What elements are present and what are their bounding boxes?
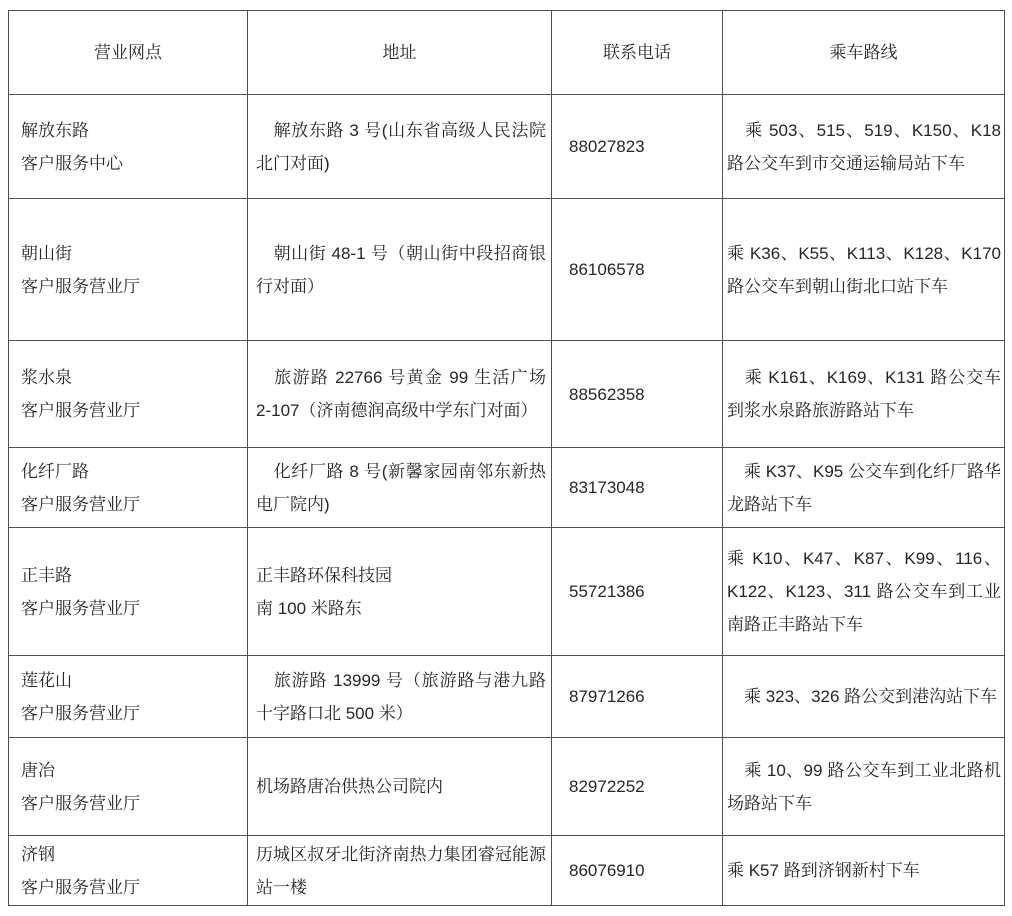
route-cell: 乘 K10、K47、K87、K99、116、K122、K123、311 路公交车… bbox=[723, 528, 1005, 656]
col-header-address: 地址 bbox=[248, 11, 552, 95]
outlet-name: 化纤厂路 bbox=[21, 455, 243, 488]
outlet-type: 客户服务营业厅 bbox=[21, 871, 243, 904]
service-outlets-table: 营业网点 地址 联系电话 乘车路线 解放东路 客户服务中心 解放东路 3 号(山… bbox=[8, 10, 1005, 906]
outlet-type: 客户服务营业厅 bbox=[21, 592, 243, 625]
outlet-cell: 莲花山 客户服务营业厅 bbox=[9, 656, 248, 738]
phone-cell: 88027823 bbox=[552, 95, 723, 199]
outlet-name: 莲花山 bbox=[21, 664, 243, 697]
outlet-type: 客户服务营业厅 bbox=[21, 787, 243, 820]
table-row: 莲花山 客户服务营业厅 旅游路 13999 号（旅游路与港九路十字路口北 500… bbox=[9, 656, 1005, 738]
phone-cell: 55721386 bbox=[552, 528, 723, 656]
route-cell: 乘 323、326 路公交到港沟站下车 bbox=[723, 656, 1005, 738]
route-cell: 乘 K161、K169、K131 路公交车到浆水泉路旅游路站下车 bbox=[723, 341, 1005, 448]
phone-cell: 82972252 bbox=[552, 738, 723, 836]
address-cell: 解放东路 3 号(山东省高级人民法院北门对面) bbox=[248, 95, 552, 199]
route-cell: 乘 10、99 路公交车到工业北路机场路站下车 bbox=[723, 738, 1005, 836]
outlet-name: 朝山街 bbox=[21, 237, 243, 270]
outlet-name: 正丰路 bbox=[21, 559, 243, 592]
route-cell: 乘 503、515、519、K150、K18 路公交车到市交通运输局站下车 bbox=[723, 95, 1005, 199]
outlet-name: 解放东路 bbox=[21, 114, 243, 147]
table-row: 朝山街 客户服务营业厅 朝山街 48-1 号（朝山街中段招商银行对面） 8610… bbox=[9, 199, 1005, 341]
outlet-cell: 济钢 客户服务营业厅 bbox=[9, 836, 248, 906]
col-header-phone: 联系电话 bbox=[552, 11, 723, 95]
table-row: 正丰路 客户服务营业厅 正丰路环保科技园 南 100 米路东 55721386 … bbox=[9, 528, 1005, 656]
outlet-cell: 正丰路 客户服务营业厅 bbox=[9, 528, 248, 656]
outlet-cell: 朝山街 客户服务营业厅 bbox=[9, 199, 248, 341]
outlet-type: 客户服务营业厅 bbox=[21, 394, 243, 427]
address-cell: 历城区叔牙北街济南热力集团睿冠能源站一楼 bbox=[248, 836, 552, 906]
route-cell: 乘 K37、K95 公交车到化纤厂路华龙路站下车 bbox=[723, 448, 1005, 528]
outlet-cell: 解放东路 客户服务中心 bbox=[9, 95, 248, 199]
address-cell: 朝山街 48-1 号（朝山街中段招商银行对面） bbox=[248, 199, 552, 341]
col-header-outlet: 营业网点 bbox=[9, 11, 248, 95]
outlet-cell: 唐冶 客户服务营业厅 bbox=[9, 738, 248, 836]
table-row: 解放东路 客户服务中心 解放东路 3 号(山东省高级人民法院北门对面) 8802… bbox=[9, 95, 1005, 199]
phone-cell: 88562358 bbox=[552, 341, 723, 448]
table-row: 济钢 客户服务营业厅 历城区叔牙北街济南热力集团睿冠能源站一楼 86076910… bbox=[9, 836, 1005, 906]
outlet-type: 客户服务营业厅 bbox=[21, 270, 243, 303]
phone-cell: 83173048 bbox=[552, 448, 723, 528]
outlet-name: 浆水泉 bbox=[21, 361, 243, 394]
col-header-route: 乘车路线 bbox=[723, 11, 1005, 95]
outlet-type: 客户服务中心 bbox=[21, 147, 243, 180]
outlet-type: 客户服务营业厅 bbox=[21, 697, 243, 730]
address-cell: 化纤厂路 8 号(新馨家园南邻东新热电厂院内) bbox=[248, 448, 552, 528]
phone-cell: 86076910 bbox=[552, 836, 723, 906]
outlet-cell: 化纤厂路 客户服务营业厅 bbox=[9, 448, 248, 528]
route-cell: 乘 K57 路到济钢新村下车 bbox=[723, 836, 1005, 906]
address-cell: 正丰路环保科技园 南 100 米路东 bbox=[248, 528, 552, 656]
table-row: 化纤厂路 客户服务营业厅 化纤厂路 8 号(新馨家园南邻东新热电厂院内) 831… bbox=[9, 448, 1005, 528]
table-row: 浆水泉 客户服务营业厅 旅游路 22766 号黄金 99 生活广场 2-107（… bbox=[9, 341, 1005, 448]
table-row: 唐冶 客户服务营业厅 机场路唐冶供热公司院内 82972252 乘 10、99 … bbox=[9, 738, 1005, 836]
address-cell: 旅游路 13999 号（旅游路与港九路十字路口北 500 米） bbox=[248, 656, 552, 738]
address-cell: 机场路唐冶供热公司院内 bbox=[248, 738, 552, 836]
outlet-name: 唐冶 bbox=[21, 754, 243, 787]
outlet-cell: 浆水泉 客户服务营业厅 bbox=[9, 341, 248, 448]
phone-cell: 87971266 bbox=[552, 656, 723, 738]
table-header-row: 营业网点 地址 联系电话 乘车路线 bbox=[9, 11, 1005, 95]
phone-cell: 86106578 bbox=[552, 199, 723, 341]
outlet-type: 客户服务营业厅 bbox=[21, 488, 243, 521]
address-cell: 旅游路 22766 号黄金 99 生活广场 2-107（济南德润高级中学东门对面… bbox=[248, 341, 552, 448]
route-cell: 乘 K36、K55、K113、K128、K170 路公交车到朝山街北口站下车 bbox=[723, 199, 1005, 341]
outlet-name: 济钢 bbox=[21, 838, 243, 871]
